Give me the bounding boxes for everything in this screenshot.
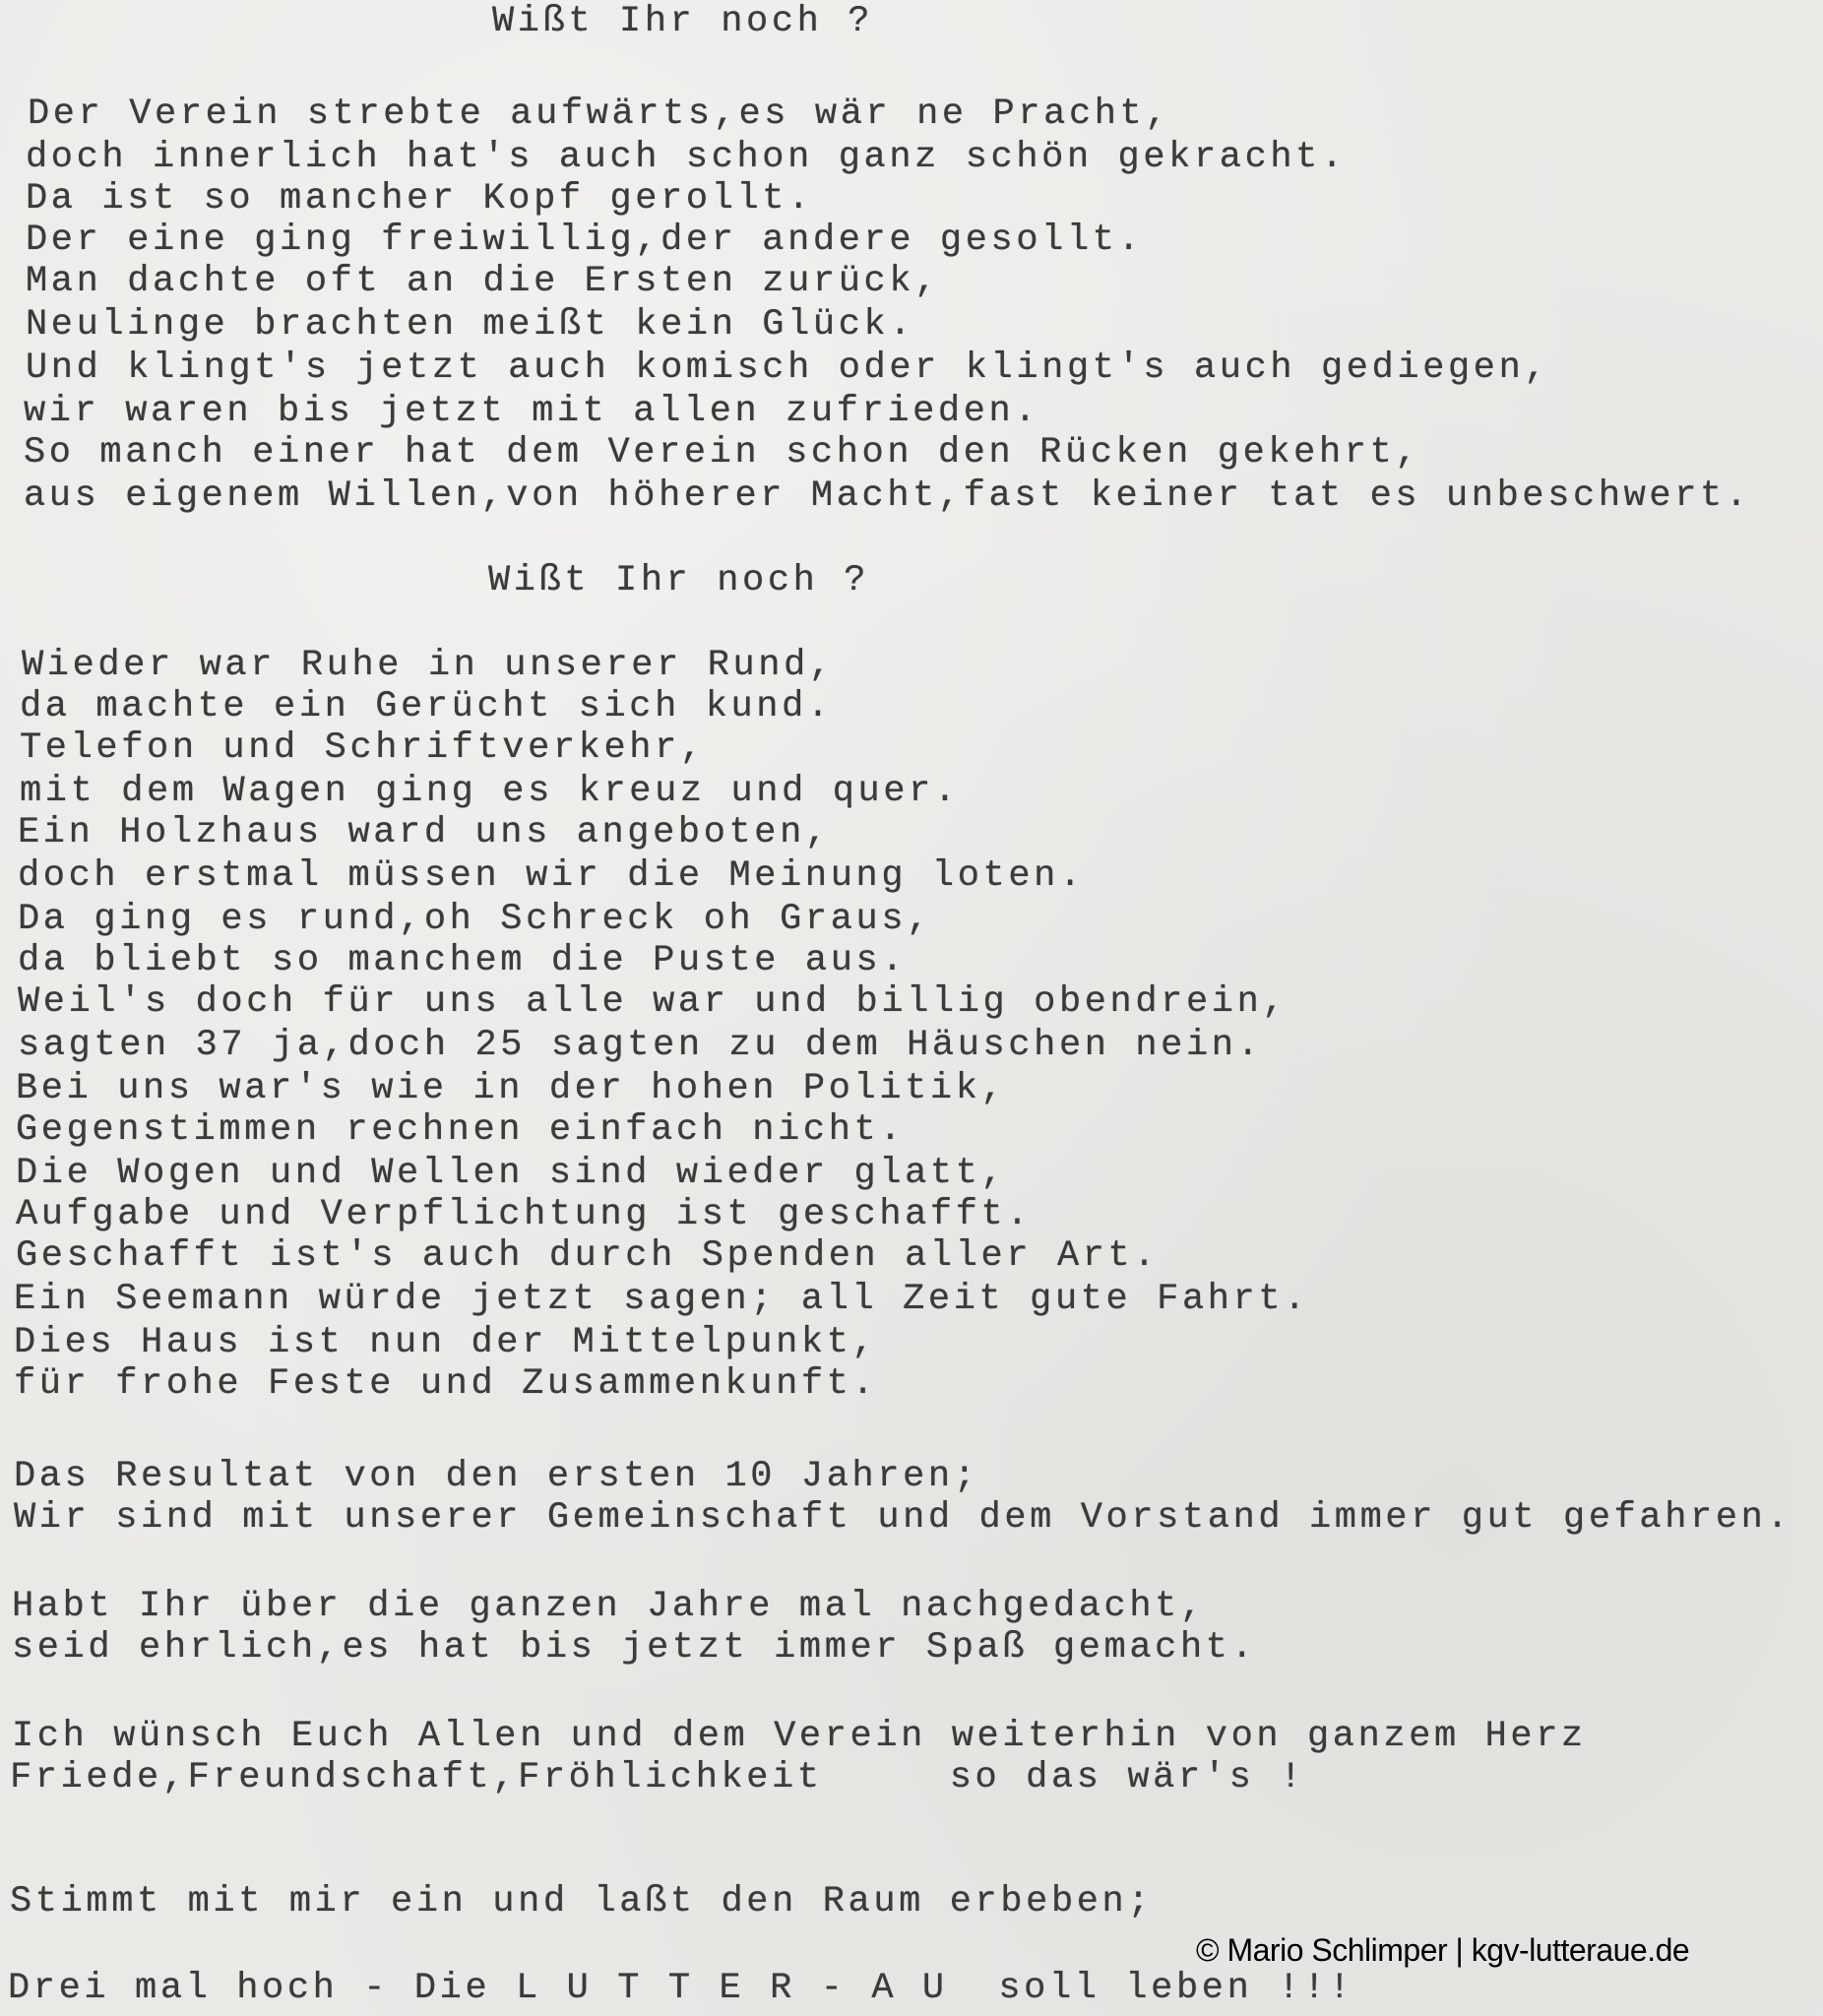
verse-line: So manch einer hat dem Verein schon den … [24, 433, 1420, 472]
verse-line: Die Wogen und Wellen sind wieder glatt, [16, 1154, 1006, 1193]
verse-line: Gegenstimmen rechnen einfach nicht. [16, 1110, 905, 1150]
verse-line: Man dachte oft an die Ersten zurück, [26, 262, 940, 301]
verse-line: Der Verein strebte aufwärts,es wär ne Pr… [28, 94, 1170, 134]
verse-line: Da ging es rund,oh Schreck oh Graus, [18, 900, 932, 939]
poem-heading-1: Wißt Ihr noch ? [492, 2, 873, 41]
verse-line: Telefon und Schriftverkehr, [20, 728, 706, 768]
verse-line: Und klingt's jetzt auch komisch oder kli… [26, 348, 1549, 388]
verse-line: Drei mal hoch - Die L U T T E R - A U so… [8, 1969, 1354, 2008]
verse-line: sagten 37 ja,doch 25 sagten zu dem Häusc… [18, 1026, 1262, 1065]
verse-line: da machte ein Gerücht sich kund. [20, 687, 833, 726]
verse-line: Aufgabe und Verpflichtung ist geschafft. [16, 1195, 1032, 1234]
verse-line: Weil's doch für uns alle war und billig … [18, 982, 1288, 1022]
verse-line: aus eigenem Willen,von höherer Macht,fas… [24, 476, 1751, 516]
verse-line: da bliebt so manchem die Puste aus. [18, 941, 907, 980]
verse-line: Dies Haus ist nun der Mittelpunkt, [14, 1323, 877, 1362]
copyright-watermark: © Mario Schlimper | kgv-lutteraue.de [1196, 1932, 1689, 1969]
poem-heading-2: Wißt Ihr noch ? [488, 561, 869, 600]
verse-line: Ich wünsch Euch Allen und dem Verein wei… [12, 1717, 1587, 1756]
verse-line: seid ehrlich,es hat bis jetzt immer Spaß… [12, 1628, 1256, 1668]
verse-line: Friede,Freundschaft,Fröhlichkeit so das … [10, 1758, 1305, 1797]
verse-line: Ein Holzhaus ward uns angeboten, [18, 813, 831, 852]
verse-line: Der eine ging freiwillig,der andere geso… [26, 220, 1143, 260]
verse-line: Stimmt mit mir ein und laßt den Raum erb… [10, 1882, 1153, 1921]
verse-line: mit dem Wagen ging es kreuz und quer. [20, 772, 960, 811]
verse-line: Habt Ihr über die ganzen Jahre mal nachg… [12, 1587, 1206, 1626]
verse-line: Wir sind mit unserer Gemeinschaft und de… [14, 1498, 1792, 1538]
verse-line: Geschafft ist's auch durch Spenden aller… [16, 1236, 1159, 1276]
verse-line: Neulinge brachten meißt kein Glück. [26, 305, 914, 345]
verse-line: für frohe Feste und Zusammenkunft. [14, 1364, 877, 1404]
verse-line: Das Resultat von den ersten 10 Jahren; [14, 1457, 979, 1496]
verse-line: Ein Seemann würde jetzt sagen; all Zeit … [14, 1280, 1309, 1319]
verse-line: Wieder war Ruhe in unserer Rund, [22, 646, 835, 685]
verse-line: doch erstmal müssen wir die Meinung lote… [18, 856, 1085, 896]
verse-line: wir waren bis jetzt mit allen zufrieden. [24, 392, 1039, 431]
verse-line: Bei uns war's wie in der hohen Politik, [16, 1069, 1006, 1108]
verse-line: Da ist so mancher Kopf gerollt. [26, 179, 813, 219]
verse-line: doch innerlich hat's auch schon ganz sch… [26, 138, 1347, 177]
